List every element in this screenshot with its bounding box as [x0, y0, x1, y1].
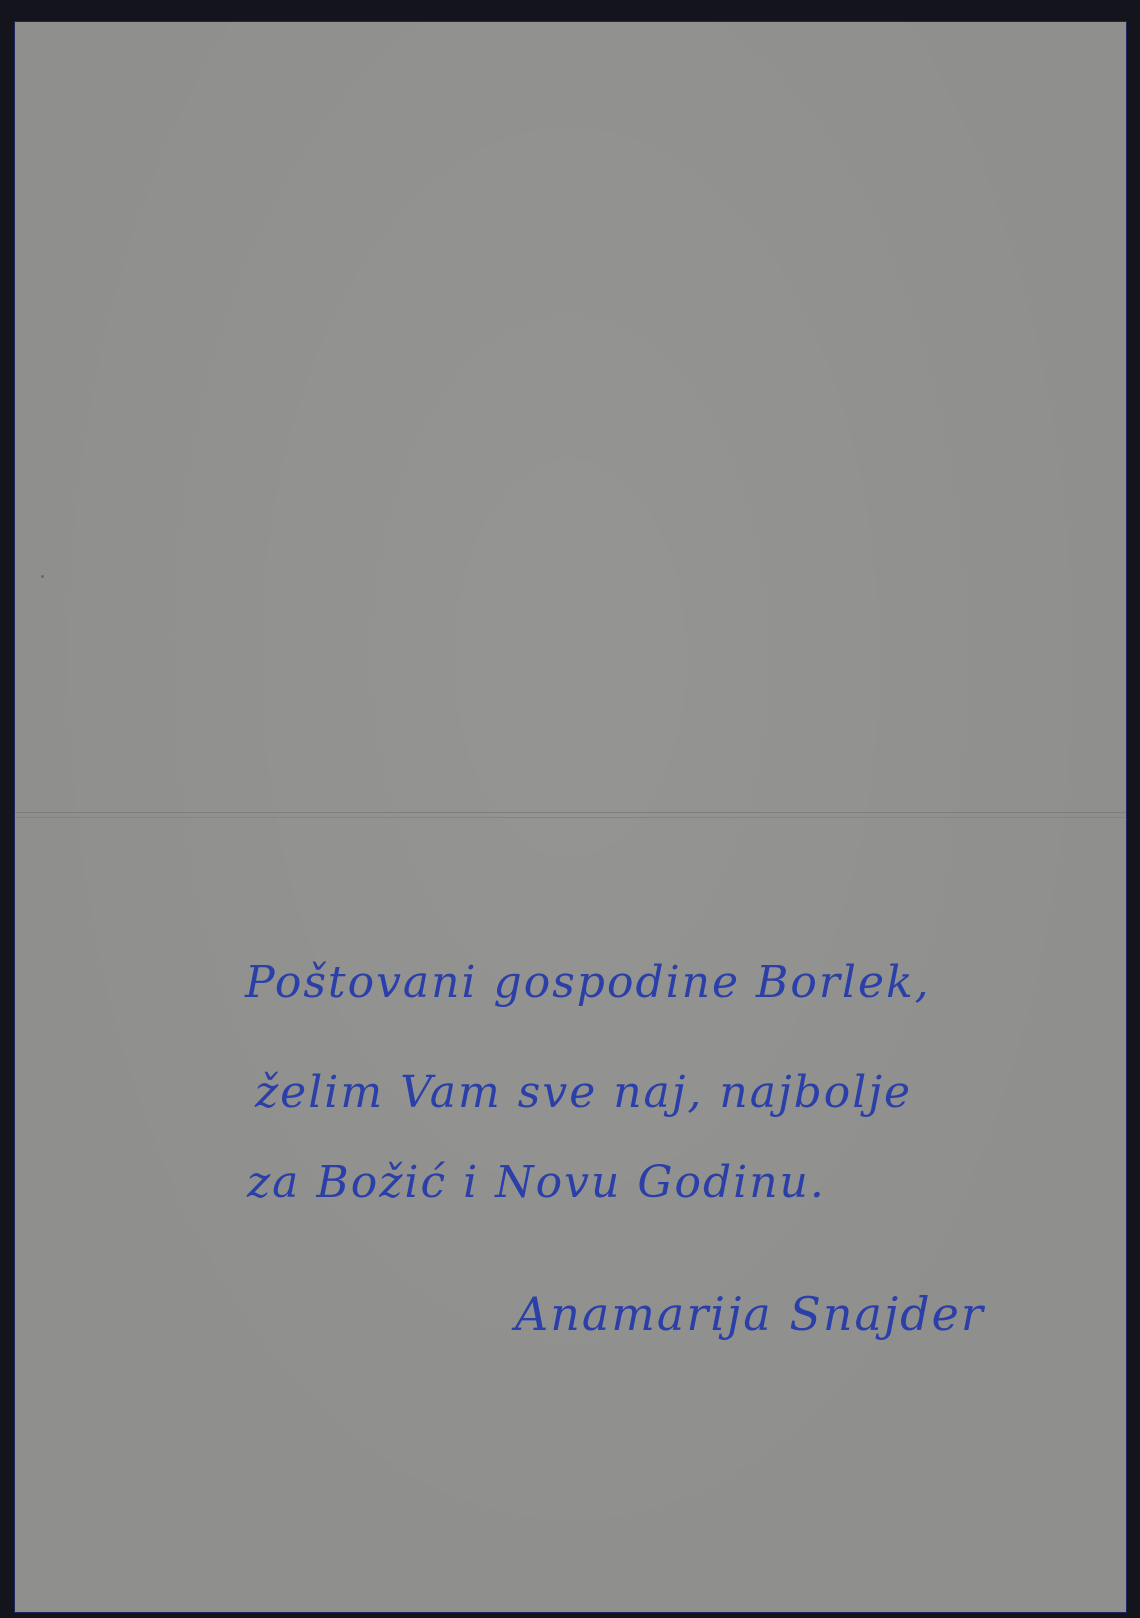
paper-speck — [41, 575, 44, 578]
wish-line: želim Vam sve naj, najbolje — [255, 1067, 912, 1118]
occasion-line: za Božić i Novu Godinu. — [247, 1157, 826, 1208]
card-fold-line — [15, 812, 1126, 818]
signature: Anamarija Snajder — [515, 1287, 985, 1341]
greeting-card: Poštovani gospodine Borlek, želim Vam sv… — [15, 22, 1126, 1612]
greeting-line: Poštovani gospodine Borlek, — [245, 957, 931, 1008]
